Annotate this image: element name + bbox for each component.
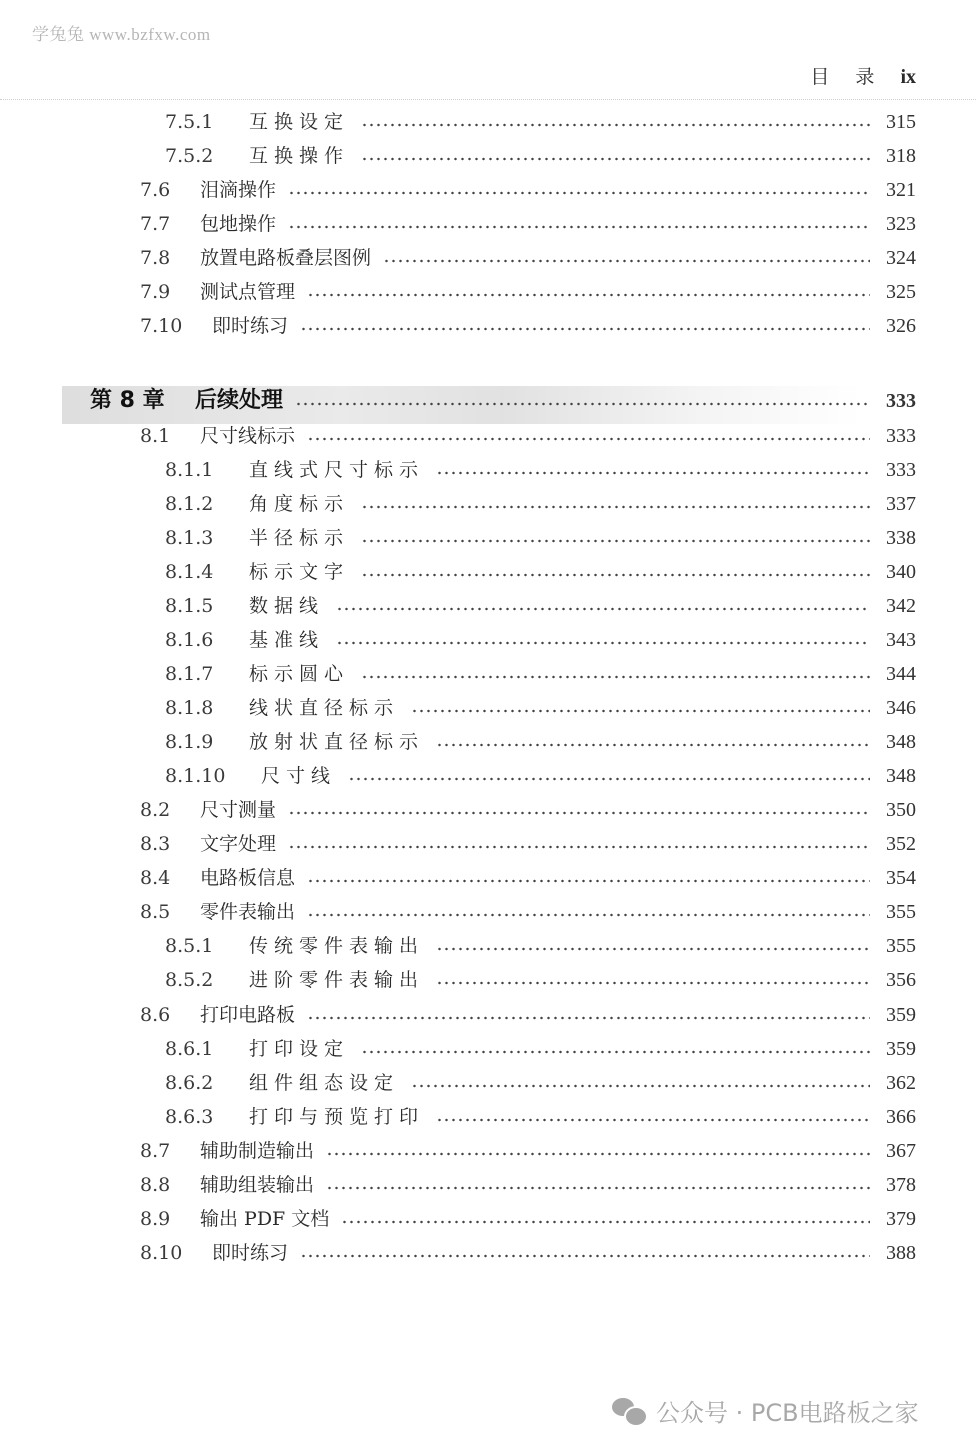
toc-entry[interactable]: 8.1.2角度标示337 xyxy=(165,489,916,519)
toc-number: 8.5.2 xyxy=(165,965,249,995)
toc-number: 8.3 xyxy=(140,829,200,859)
leader-dots xyxy=(436,471,870,475)
toc-number: 8.1.8 xyxy=(165,693,249,723)
toc-number: 8.6.3 xyxy=(165,1102,249,1132)
leader-dots xyxy=(307,293,870,297)
toc-page: 362 xyxy=(880,1068,916,1098)
toc-title: 角度标示 xyxy=(249,489,349,519)
leader-dots xyxy=(336,641,870,645)
toc-number: 8.1.3 xyxy=(165,523,249,553)
toc-entry[interactable]: 8.1.10尺寸线348 xyxy=(165,761,916,791)
toc-entry[interactable]: 7.6泪滴操作321 xyxy=(140,175,916,205)
toc-entry[interactable]: 7.9测试点管理325 xyxy=(140,277,916,307)
toc-page: 342 xyxy=(880,591,916,621)
watermark-bottom-text: 公众号 · PCB电路板之家 xyxy=(656,1393,919,1428)
toc-title: 互换操作 xyxy=(249,141,349,171)
leader-dots xyxy=(288,225,870,229)
header-rule xyxy=(0,99,976,100)
toc-title: 进阶零件表输出 xyxy=(249,965,424,995)
toc-entry[interactable]: 8.7辅助制造输出367 xyxy=(140,1136,916,1166)
toc-title: 辅助组装输出 xyxy=(200,1170,314,1200)
toc-number: 8.10 xyxy=(140,1238,212,1268)
leader-dots xyxy=(326,1152,870,1156)
toc-number: 8.1.4 xyxy=(165,557,249,587)
leader-dots xyxy=(361,505,870,509)
toc-entry[interactable]: 7.10即时练习326 xyxy=(140,311,916,341)
toc-number: 8.1.1 xyxy=(165,455,249,485)
leader-dots xyxy=(361,123,870,127)
toc-number: 8.1.9 xyxy=(165,727,249,757)
running-head: 目 录 ix xyxy=(810,62,916,89)
leader-dots xyxy=(411,1084,870,1088)
toc-title: 即时练习 xyxy=(212,311,288,341)
toc-page: 325 xyxy=(880,277,916,307)
toc-entry[interactable]: 8.1.1直线式尺寸标示333 xyxy=(165,455,916,485)
toc-number: 7.5.1 xyxy=(165,107,249,137)
running-head-label: 目 录 xyxy=(810,66,884,88)
leader-dots xyxy=(383,259,870,263)
toc-number: 8.5 xyxy=(140,897,200,927)
toc-title: 文字处理 xyxy=(200,829,276,859)
toc-entry[interactable]: 8.8辅助组装输出378 xyxy=(140,1170,916,1200)
toc-page: 346 xyxy=(880,693,916,723)
toc-title: 标示圆心 xyxy=(249,659,349,689)
toc-number: 8.2 xyxy=(140,795,200,825)
toc-entry[interactable]: 7.5.1互换设定315 xyxy=(165,107,916,137)
toc-number: 8.9 xyxy=(140,1204,200,1234)
toc-title: 放置电路板叠层图例 xyxy=(200,243,371,273)
toc-title: 打印与预览打印 xyxy=(249,1102,424,1132)
toc-number: 8.4 xyxy=(140,863,200,893)
toc-page: 348 xyxy=(880,761,916,791)
toc-entry[interactable]: 8.1.5数据线342 xyxy=(165,591,916,621)
toc-entry[interactable]: 8.9输出 PDF 文档379 xyxy=(140,1204,916,1234)
toc-page: 326 xyxy=(880,311,916,341)
leader-dots xyxy=(336,607,870,611)
toc-page: 333 xyxy=(880,455,916,485)
toc-entry[interactable]: 8.1.8线状直径标示346 xyxy=(165,693,916,723)
toc-title: 组件组态设定 xyxy=(249,1068,399,1098)
toc-title: 零件表输出 xyxy=(200,897,295,927)
toc-title: 辅助制造输出 xyxy=(200,1136,314,1166)
toc-page: 321 xyxy=(880,175,916,205)
toc-title: 泪滴操作 xyxy=(200,175,276,205)
leader-dots xyxy=(295,402,870,406)
toc-title: 测试点管理 xyxy=(200,277,295,307)
toc-title: 直线式尺寸标示 xyxy=(249,455,424,485)
toc-page: 388 xyxy=(880,1238,916,1268)
toc-entry[interactable]: 8.4电路板信息354 xyxy=(140,863,916,893)
watermark-top: 学兔兔 www.bzfxw.com xyxy=(32,20,211,45)
leader-dots xyxy=(307,879,870,883)
toc-number: 8.6.2 xyxy=(165,1068,249,1098)
toc-title: 即时练习 xyxy=(212,1238,288,1268)
toc-entry[interactable]: 8.6.2组件组态设定362 xyxy=(165,1068,916,1098)
watermark-bottom: 公众号 · PCB电路板之家 xyxy=(612,1393,919,1428)
toc-entry[interactable]: 7.5.2互换操作318 xyxy=(165,141,916,171)
leader-dots xyxy=(288,811,870,815)
toc-title: 输出 PDF 文档 xyxy=(200,1204,329,1234)
toc-number: 8.7 xyxy=(140,1136,200,1166)
toc-chapter-entry[interactable]: 第 8 章后续处理333 xyxy=(90,386,916,416)
wechat-icon xyxy=(612,1396,648,1426)
leader-dots xyxy=(436,1118,870,1122)
toc-page: 340 xyxy=(880,557,916,587)
toc-title: 放射状直径标示 xyxy=(249,727,424,757)
toc-number: 8.6 xyxy=(140,1000,200,1030)
toc-title: 包地操作 xyxy=(200,209,276,239)
leader-dots xyxy=(300,1254,870,1258)
toc-title: 基准线 xyxy=(249,625,324,655)
toc-page: 359 xyxy=(880,1000,916,1030)
toc-entry[interactable]: 8.6.3打印与预览打印366 xyxy=(165,1102,916,1132)
leader-dots xyxy=(307,1016,870,1020)
toc-title: 打印电路板 xyxy=(200,1000,295,1030)
toc-number: 8.1.7 xyxy=(165,659,249,689)
toc-title: 互换设定 xyxy=(249,107,349,137)
leader-dots xyxy=(348,777,870,781)
toc-number: 8.5.1 xyxy=(165,931,249,961)
toc-number: 8.1.2 xyxy=(165,489,249,519)
toc-page: 344 xyxy=(880,659,916,689)
toc-entry[interactable]: 8.1.7标示圆心344 xyxy=(165,659,916,689)
leader-dots xyxy=(361,1050,870,1054)
toc-entry[interactable]: 8.1.6基准线343 xyxy=(165,625,916,655)
toc-entry[interactable]: 8.5零件表输出355 xyxy=(140,897,916,927)
toc-title: 数据线 xyxy=(249,591,324,621)
toc-page: 366 xyxy=(880,1102,916,1132)
leader-dots xyxy=(288,191,870,195)
leader-dots xyxy=(361,675,870,679)
leader-dots xyxy=(411,709,870,713)
toc-page: 315 xyxy=(880,107,916,137)
toc-title: 尺寸线标示 xyxy=(200,421,295,451)
toc-number: 7.6 xyxy=(140,175,200,205)
leader-dots xyxy=(307,913,870,917)
toc-number: 8.1.6 xyxy=(165,625,249,655)
toc-title: 尺寸线 xyxy=(261,761,336,791)
toc-page: 352 xyxy=(880,829,916,859)
toc-page: 337 xyxy=(880,489,916,519)
toc-title: 标示文字 xyxy=(249,557,349,587)
toc-page: 324 xyxy=(880,243,916,273)
toc-entry[interactable]: 8.2尺寸测量350 xyxy=(140,795,916,825)
toc-page: 343 xyxy=(880,625,916,655)
toc-page: 378 xyxy=(880,1170,916,1200)
toc-title: 半径标示 xyxy=(249,523,349,553)
leader-dots xyxy=(300,327,870,331)
leader-dots xyxy=(436,981,870,985)
toc-entry[interactable]: 8.1尺寸线标示333 xyxy=(140,421,916,451)
toc-entry[interactable]: 8.5.1传统零件表输出355 xyxy=(165,931,916,961)
toc-title: 电路板信息 xyxy=(200,863,295,893)
toc-entry[interactable]: 8.10即时练习388 xyxy=(140,1238,916,1268)
toc-page: 348 xyxy=(880,727,916,757)
toc-number: 8.8 xyxy=(140,1170,200,1200)
toc-page: 355 xyxy=(880,897,916,927)
toc-page: 350 xyxy=(880,795,916,825)
toc-number: 7.10 xyxy=(140,311,212,341)
toc-number: 8.6.1 xyxy=(165,1034,249,1064)
toc-entry[interactable]: 8.1.9放射状直径标示348 xyxy=(165,727,916,757)
page-number: ix xyxy=(900,66,916,88)
toc-page: 356 xyxy=(880,965,916,995)
toc-number: 7.8 xyxy=(140,243,200,273)
toc-page: 318 xyxy=(880,141,916,171)
leader-dots xyxy=(361,573,870,577)
toc-entry[interactable]: 8.1.3半径标示338 xyxy=(165,523,916,553)
toc-entry[interactable]: 8.6打印电路板359 xyxy=(140,1000,916,1030)
leader-dots xyxy=(361,157,870,161)
leader-dots xyxy=(341,1220,870,1224)
toc-page: 355 xyxy=(880,931,916,961)
toc-page: 354 xyxy=(880,863,916,893)
leader-dots xyxy=(288,845,870,849)
toc-entry[interactable]: 8.1.4标示文字340 xyxy=(165,557,916,587)
toc-page: 359 xyxy=(880,1034,916,1064)
toc-title: 线状直径标示 xyxy=(249,693,399,723)
toc-number: 7.9 xyxy=(140,277,200,307)
toc-page: 367 xyxy=(880,1136,916,1166)
toc-number: 8.1 xyxy=(140,421,200,451)
leader-dots xyxy=(436,743,870,747)
toc-entry[interactable]: 8.6.1打印设定359 xyxy=(165,1034,916,1064)
toc-title: 后续处理 xyxy=(195,386,283,416)
toc-entry[interactable]: 7.7包地操作323 xyxy=(140,209,916,239)
toc-number: 7.7 xyxy=(140,209,200,239)
leader-dots xyxy=(361,539,870,543)
toc-entry[interactable]: 7.8放置电路板叠层图例324 xyxy=(140,243,916,273)
toc-entry[interactable]: 8.3文字处理352 xyxy=(140,829,916,859)
toc-number: 8.1.5 xyxy=(165,591,249,621)
toc-number: 7.5.2 xyxy=(165,141,249,171)
toc-entry[interactable]: 8.5.2进阶零件表输出356 xyxy=(165,965,916,995)
toc-page: 379 xyxy=(880,1204,916,1234)
leader-dots xyxy=(307,437,870,441)
toc-title: 尺寸测量 xyxy=(200,795,276,825)
toc-page: 323 xyxy=(880,209,916,239)
leader-dots xyxy=(326,1186,870,1190)
toc-title: 打印设定 xyxy=(249,1034,349,1064)
toc-title: 传统零件表输出 xyxy=(249,931,424,961)
leader-dots xyxy=(436,947,870,951)
toc-page: 333 xyxy=(880,421,916,451)
toc-page: 333 xyxy=(880,386,916,416)
toc-number: 第 8 章 xyxy=(90,386,195,416)
toc-number: 8.1.10 xyxy=(165,761,261,791)
toc-page: 338 xyxy=(880,523,916,553)
